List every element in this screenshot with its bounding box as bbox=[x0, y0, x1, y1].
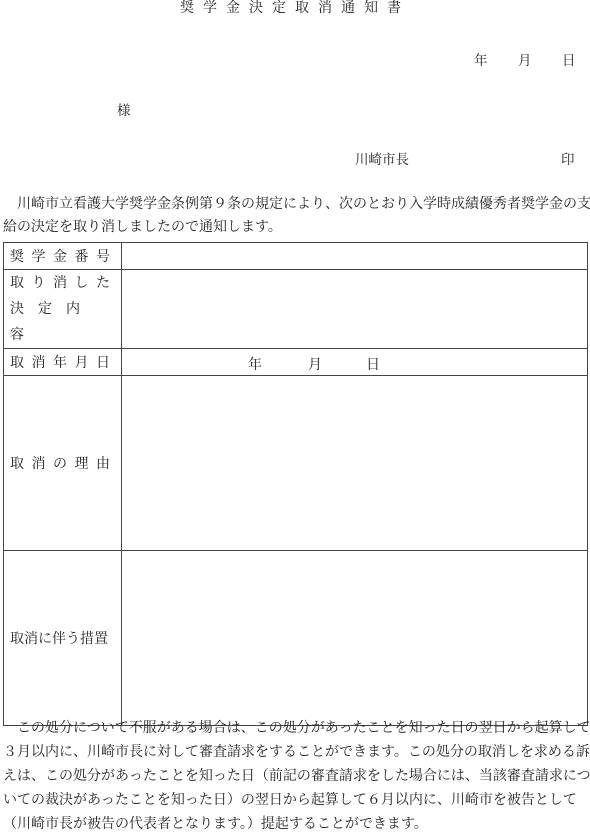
cancel-date-year: 年 bbox=[248, 354, 262, 374]
date-day: 日 bbox=[562, 49, 576, 69]
date-month: 月 bbox=[518, 49, 532, 69]
appeal-notice-paragraph: この処分について不服がある場合は、この処分があったことを知った日の翌日から起算し… bbox=[3, 716, 590, 836]
addressee-suffix: 様 bbox=[117, 99, 131, 119]
row-cancel-reason: 取消の理由 bbox=[4, 376, 588, 551]
label-cancel-reason: 取消の理由 bbox=[4, 376, 122, 551]
row-scholarship-number: 奨学金番号 bbox=[4, 243, 588, 270]
intro-text: 川崎市立看護大学奨学金条例第９条の規定により、次のとおり入学時成績優秀者奨学金の… bbox=[3, 196, 590, 235]
document-title: 奨学金決定取消通知書 bbox=[0, 0, 590, 17]
label-scholarship-number: 奨学金番号 bbox=[4, 243, 122, 270]
row-cancel-date: 取消年月日 年 月 日 bbox=[4, 349, 588, 376]
label-line1: 取り消した bbox=[10, 270, 121, 296]
label-cancel-date: 取消年月日 bbox=[4, 349, 122, 376]
appeal-notice-text: この処分について不服がある場合は、この処分があったことを知った日の翌日から起算し… bbox=[3, 720, 590, 832]
value-cancelled-decision[interactable] bbox=[122, 270, 588, 349]
seal-mark: 印 bbox=[561, 148, 575, 168]
date-year: 年 bbox=[474, 49, 488, 69]
issuer-name: 川崎市長 bbox=[355, 148, 409, 168]
value-cancel-reason[interactable] bbox=[122, 376, 588, 551]
value-cancel-measures[interactable] bbox=[122, 551, 588, 726]
label-cancelled-decision: 取り消した 決定内容 bbox=[4, 270, 122, 349]
row-cancel-measures: 取消に伴う措置 bbox=[4, 551, 588, 726]
cancel-date-day: 日 bbox=[366, 354, 380, 374]
label-cancel-measures: 取消に伴う措置 bbox=[4, 551, 122, 726]
row-cancelled-decision: 取り消した 決定内容 bbox=[4, 270, 588, 349]
intro-paragraph: 川崎市立看護大学奨学金条例第９条の規定により、次のとおり入学時成績優秀者奨学金の… bbox=[3, 193, 590, 239]
value-cancel-date[interactable]: 年 月 日 bbox=[122, 349, 588, 376]
value-scholarship-number[interactable] bbox=[122, 243, 588, 270]
cancellation-form-table: 奨学金番号 取り消した 決定内容 取消年月日 年 月 日 取消の理由 取消に伴う… bbox=[3, 242, 588, 726]
cancel-date-month: 月 bbox=[308, 354, 322, 374]
label-line2: 決定内容 bbox=[10, 296, 121, 348]
